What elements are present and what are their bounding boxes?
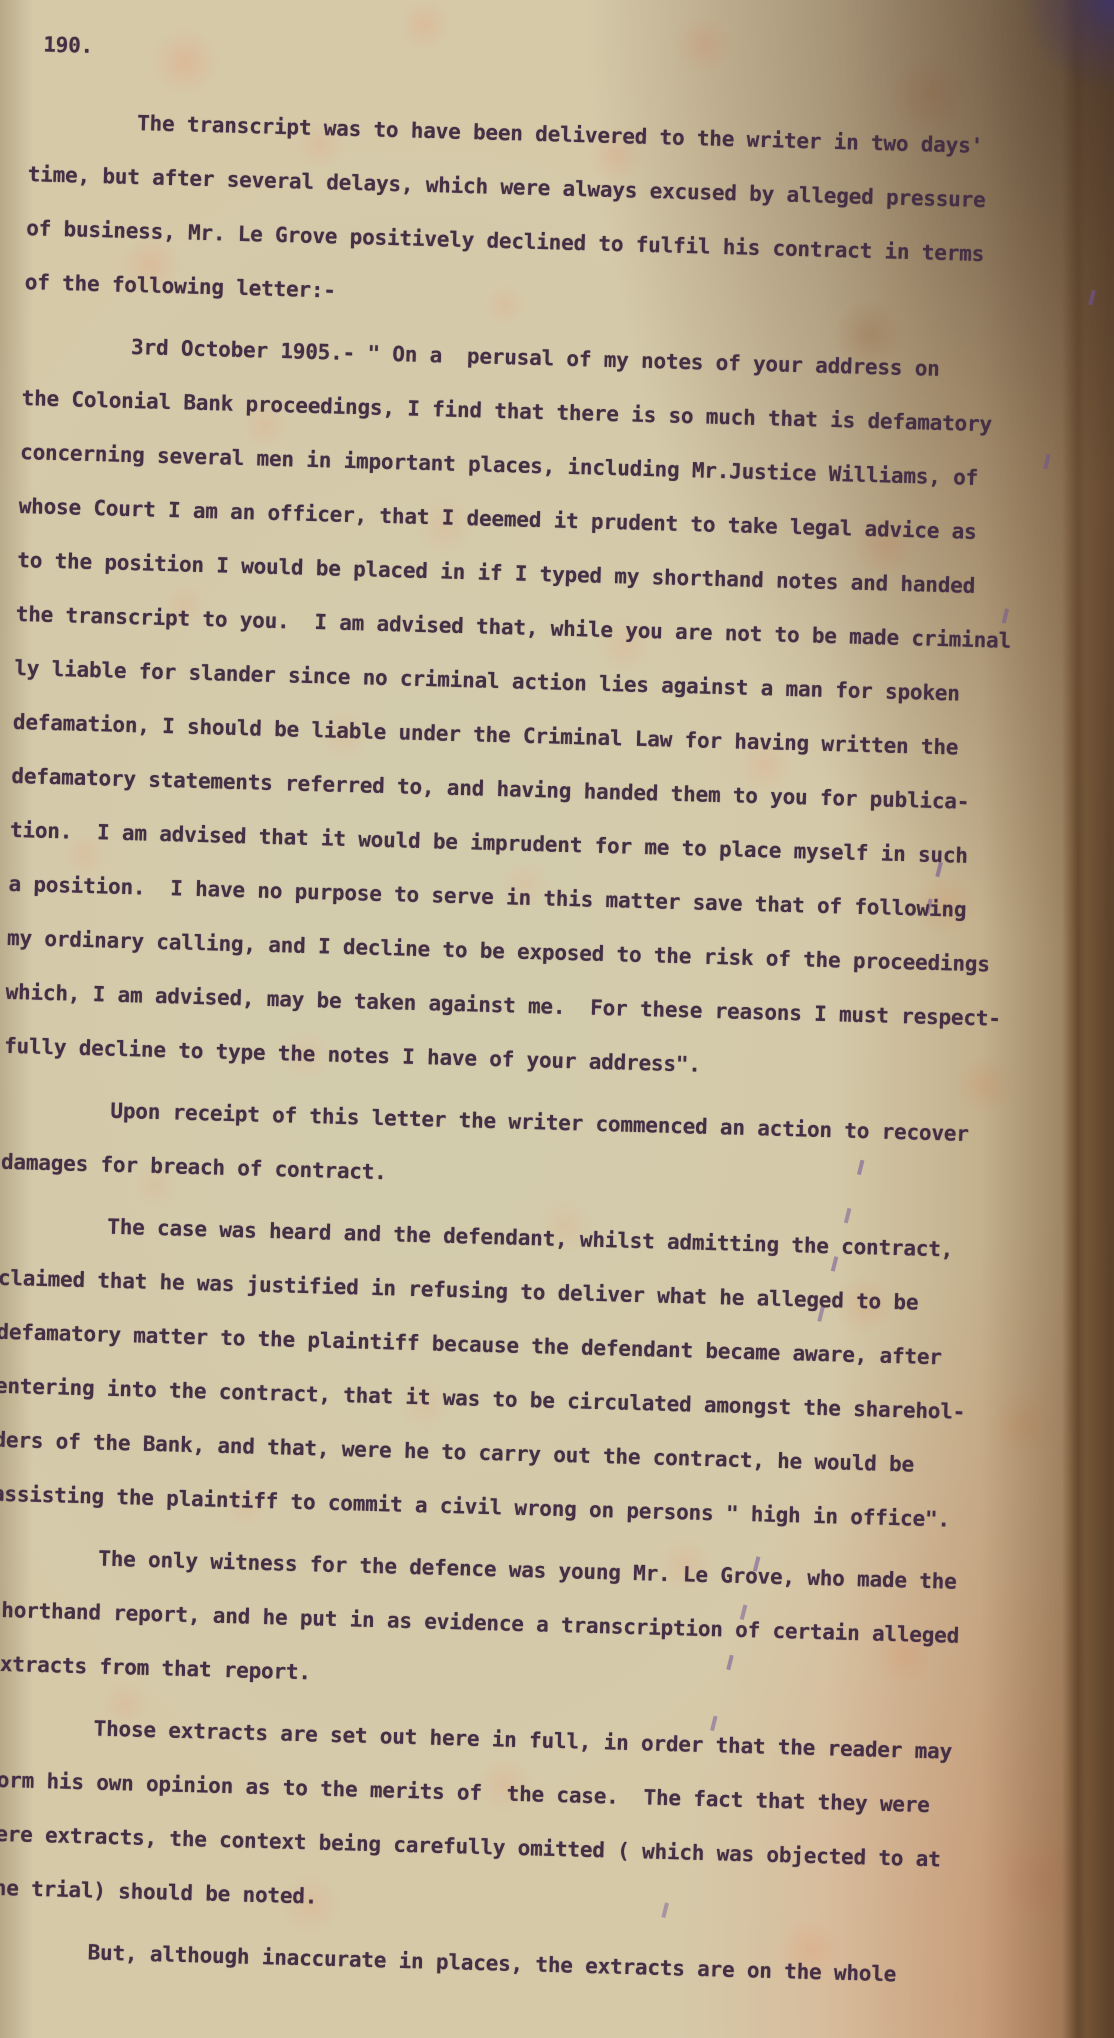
page-number: 190. — [43, 18, 1055, 99]
scanned-document-page: 190. The transcript was to have been del… — [0, 0, 1114, 2038]
paragraph: Those extracts are set out here in full,… — [0, 1699, 1021, 1943]
paragraph: 3rd October 1905.- " On a perusal of my … — [3, 317, 1058, 1101]
paragraph: The case was heard and the defendant, wh… — [0, 1197, 1035, 1549]
document-body: The transcript was to have been delivere… — [0, 93, 1065, 2004]
typewritten-text-block: 190. The transcript was to have been del… — [0, 17, 1067, 2012]
paragraph: The only witness for the defence was you… — [0, 1529, 1026, 1719]
paragraph: Upon receipt of this letter the writer c… — [0, 1081, 1038, 1217]
paragraph: The transcript was to have been delivere… — [24, 93, 1064, 337]
gutter-ink-marks — [1088, 290, 1096, 306]
